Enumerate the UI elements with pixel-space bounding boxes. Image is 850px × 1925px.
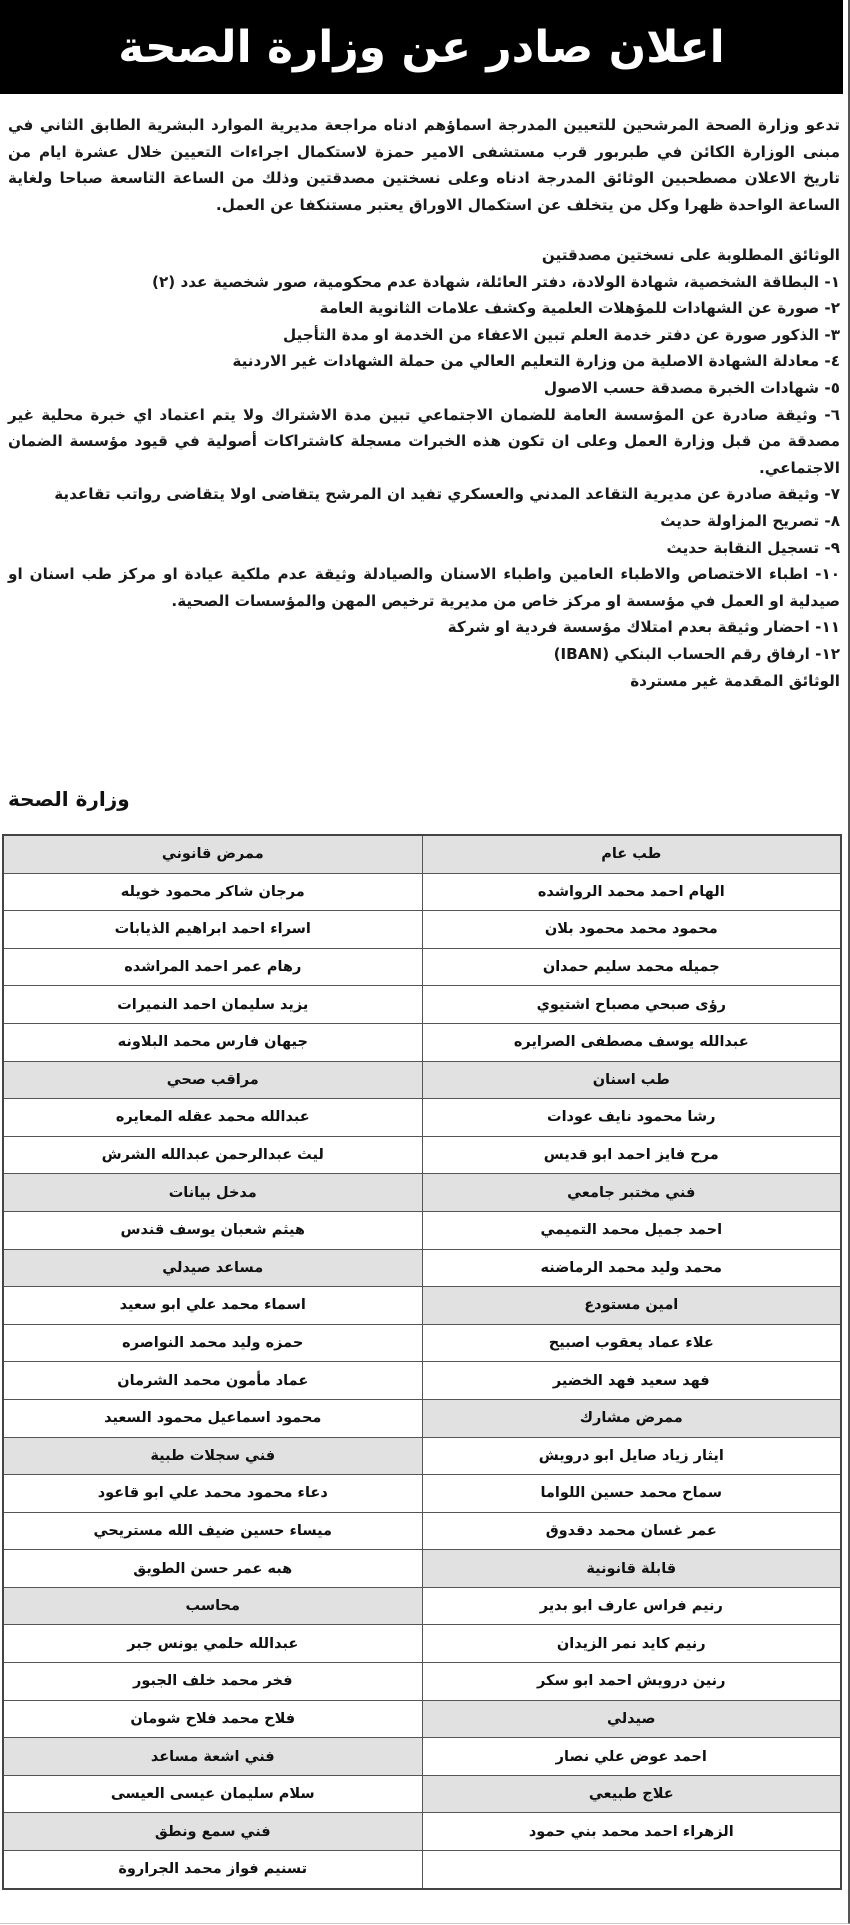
candidate-name-cell: سماح محمد حسين اللواما <box>422 1475 841 1513</box>
table-row: فني مختبر جامعيمدخل بيانات <box>3 1174 841 1212</box>
job-category-cell: طب عام <box>422 835 841 873</box>
document-item: ١٠- اطباء الاختصاص والاطباء العامين واطب… <box>8 561 840 614</box>
documents-footer-note: الوثائق المقدمة غير مستردة <box>8 668 840 695</box>
table-row: امين مستودعاسماء محمد علي ابو سعيد <box>3 1287 841 1325</box>
table-row: عمر غسان محمد دقدوقميساء حسين ضيف الله م… <box>3 1512 841 1550</box>
table-row: محمود محمد محمود بلاناسراء احمد ابراهيم … <box>3 911 841 949</box>
table-row: عبدالله يوسف مصطفى الصرايرهجيهان فارس مح… <box>3 1023 841 1061</box>
candidate-name-cell: هبه عمر حسن الطويق <box>3 1550 422 1588</box>
table-row: رشا محمود نايف عوداتعبدالله محمد عقله ال… <box>3 1099 841 1137</box>
candidate-name-cell: رشا محمود نايف عودات <box>422 1099 841 1137</box>
candidate-name-cell: سلام سليمان عيسى العيسى <box>3 1775 422 1813</box>
candidate-name-cell: رنين درويش احمد ابو سكر <box>422 1663 841 1701</box>
candidate-name-cell: فهد سعيد فهد الخضير <box>422 1362 841 1400</box>
document-item: ٢- صورة عن الشهادات للمؤهلات العلمية وكش… <box>8 295 840 322</box>
candidate-name-cell: علاء عماد يعقوب اصبيح <box>422 1324 841 1362</box>
job-category-cell: مدخل بيانات <box>3 1174 422 1212</box>
table-row: احمد عوض علي نصارفني اشعة مساعد <box>3 1738 841 1776</box>
candidate-name-cell: دعاء محمود محمد علي ابو قاعود <box>3 1475 422 1513</box>
document-item: ١١- احضار وثيقة بعدم امتلاك مؤسسة فردية … <box>8 614 840 641</box>
document-item: ٦- وثيقة صادرة عن المؤسسة العامة للضمان … <box>8 402 840 482</box>
document-item: ٨- تصريح المزاولة حديث <box>8 508 840 535</box>
job-category-cell: محاسب <box>3 1587 422 1625</box>
candidate-name-cell: جميله محمد سليم حمدان <box>422 948 841 986</box>
job-category-cell: فني مختبر جامعي <box>422 1174 841 1212</box>
announcement-title-bar: اعلان صادر عن وزارة الصحة <box>0 0 843 94</box>
candidate-name-cell: عبدالله يوسف مصطفى الصرايره <box>422 1023 841 1061</box>
table-row: الهام احمد محمد الرواشدهمرجان شاكر محمود… <box>3 873 841 911</box>
candidate-name-cell: اسماء محمد علي ابو سعيد <box>3 1287 422 1325</box>
job-category-cell: مراقب صحي <box>3 1061 422 1099</box>
candidate-name-cell: تسنيم فواز محمد الجراروة <box>3 1851 422 1889</box>
candidate-name-cell: محمود محمد محمود بلان <box>422 911 841 949</box>
table-row: محمد وليد محمد الرماضنهمساعد صيدلي <box>3 1249 841 1287</box>
required-documents-list: الوثائق المطلوبة على نسختين مصدقتين ١- ا… <box>8 242 840 694</box>
job-category-cell: ممرض قانوني <box>3 835 422 873</box>
table-row: الزهراء احمد محمد بني حمودفني سمع ونطق <box>3 1813 841 1851</box>
table-row: رنيم كايد نمر الزيدانعبدالله حلمي يونس ج… <box>3 1625 841 1663</box>
candidate-name-cell: ايثار زياد صايل ابو درويش <box>422 1437 841 1475</box>
candidate-name-cell: فخر محمد خلف الجبور <box>3 1663 422 1701</box>
table-row: طب عامممرض قانوني <box>3 835 841 873</box>
candidate-name-cell: عبدالله محمد عقله المعايره <box>3 1099 422 1137</box>
candidate-name-cell: ميساء حسين ضيف الله مستريحي <box>3 1512 422 1550</box>
candidate-name-cell: عماد مأمون محمد الشرمان <box>3 1362 422 1400</box>
candidate-name-cell: احمد جميل محمد التميمي <box>422 1211 841 1249</box>
candidate-name-cell: ليث عبدالرحمن عبدالله الشرش <box>3 1136 422 1174</box>
job-category-cell: قابلة قانونية <box>422 1550 841 1588</box>
table-row: ايثار زياد صايل ابو درويشفني سجلات طبية <box>3 1437 841 1475</box>
candidate-name-cell: مرح فايز احمد ابو قديس <box>422 1136 841 1174</box>
candidate-name-cell: عبدالله حلمي يونس جبر <box>3 1625 422 1663</box>
table-row: طب اسنانمراقب صحي <box>3 1061 841 1099</box>
document-item: ٣- الذكور صورة عن دفتر خدمة العلم تبين ا… <box>8 322 840 349</box>
documents-heading: الوثائق المطلوبة على نسختين مصدقتين <box>8 242 840 269</box>
job-category-cell: فني سمع ونطق <box>3 1813 422 1851</box>
table-row: سماح محمد حسين اللوامادعاء محمود محمد عل… <box>3 1475 841 1513</box>
candidate-name-cell: رنيم كايد نمر الزيدان <box>422 1625 841 1663</box>
table-row: احمد جميل محمد التميميهيثم شعبان يوسف قن… <box>3 1211 841 1249</box>
candidate-name-cell: عمر غسان محمد دقدوق <box>422 1512 841 1550</box>
candidate-name-cell: يزيد سليمان احمد النميرات <box>3 986 422 1024</box>
candidate-name-cell: الهام احمد محمد الرواشده <box>422 873 841 911</box>
table-row: صيدليفلاح محمد فلاح شومان <box>3 1700 841 1738</box>
candidate-name-cell: مرجان شاكر محمود خويله <box>3 873 422 911</box>
document-item: ٩- تسجيل النقابة حديث <box>8 535 840 562</box>
announcement-title: اعلان صادر عن وزارة الصحة <box>118 22 724 73</box>
document-item: ٧- وثيقة صادرة عن مديرية التقاعد المدني … <box>8 481 840 508</box>
document-item: ١٢- ارفاق رقم الحساب البنكي (IBAN) <box>8 641 840 668</box>
candidate-name-cell: هيثم شعبان يوسف قندس <box>3 1211 422 1249</box>
table-row: علاج طبيعيسلام سليمان عيسى العيسى <box>3 1775 841 1813</box>
candidate-name-cell: محمود اسماعيل محمود السعيد <box>3 1399 422 1437</box>
candidate-name-cell: اسراء احمد ابراهيم الذيابات <box>3 911 422 949</box>
candidate-name-cell: رؤى صبحي مصباح اشتيوي <box>422 986 841 1024</box>
candidate-name-cell: الزهراء احمد محمد بني حمود <box>422 1813 841 1851</box>
table-row: مرح فايز احمد ابو قديسليث عبدالرحمن عبدا… <box>3 1136 841 1174</box>
table-row: علاء عماد يعقوب اصبيححمزه وليد محمد النو… <box>3 1324 841 1362</box>
candidate-name-cell: رهام عمر احمد المراشده <box>3 948 422 986</box>
job-category-cell: صيدلي <box>422 1700 841 1738</box>
candidate-name-cell: رنيم فراس عارف ابو بدير <box>422 1587 841 1625</box>
table-row: رنيم فراس عارف ابو بديرمحاسب <box>3 1587 841 1625</box>
candidate-name-cell: فلاح محمد فلاح شومان <box>3 1700 422 1738</box>
job-category-cell: مساعد صيدلي <box>3 1249 422 1287</box>
job-category-cell: امين مستودع <box>422 1287 841 1325</box>
table-row: رنين درويش احمد ابو سكرفخر محمد خلف الجب… <box>3 1663 841 1701</box>
table-row: جميله محمد سليم حمدانرهام عمر احمد المرا… <box>3 948 841 986</box>
table-row: قابلة قانونيةهبه عمر حسن الطويق <box>3 1550 841 1588</box>
ministry-section-title: وزارة الصحة <box>8 787 130 811</box>
candidate-name-cell: جيهان فارس محمد البلاونه <box>3 1023 422 1061</box>
table-row: تسنيم فواز محمد الجراروة <box>3 1851 841 1889</box>
job-category-cell: فني اشعة مساعد <box>3 1738 422 1776</box>
table-row: فهد سعيد فهد الخضيرعماد مأمون محمد الشرم… <box>3 1362 841 1400</box>
candidates-table: طب عامممرض قانونيالهام احمد محمد الرواشد… <box>2 834 842 1890</box>
document-item: ٤- معادلة الشهادة الاصلية من وزارة التعل… <box>8 348 840 375</box>
candidates-table-body: طب عامممرض قانونيالهام احمد محمد الرواشد… <box>3 835 841 1889</box>
job-category-cell: فني سجلات طبية <box>3 1437 422 1475</box>
table-row: رؤى صبحي مصباح اشتيوييزيد سليمان احمد ال… <box>3 986 841 1024</box>
intro-paragraph: تدعو وزارة الصحة المرشحين للتعيين المدرج… <box>8 112 840 218</box>
candidate-name-cell: حمزه وليد محمد النواصره <box>3 1324 422 1362</box>
candidate-name-cell: محمد وليد محمد الرماضنه <box>422 1249 841 1287</box>
job-category-cell: طب اسنان <box>422 1061 841 1099</box>
document-item: ١- البطاقة الشخصية، شهادة الولادة، دفتر … <box>8 269 840 296</box>
job-category-cell: علاج طبيعي <box>422 1775 841 1813</box>
empty-cell <box>422 1851 841 1889</box>
table-row: ممرض مشاركمحمود اسماعيل محمود السعيد <box>3 1399 841 1437</box>
document-item: ٥- شهادات الخبرة مصدقة حسب الاصول <box>8 375 840 402</box>
candidate-name-cell: احمد عوض علي نصار <box>422 1738 841 1776</box>
job-category-cell: ممرض مشارك <box>422 1399 841 1437</box>
